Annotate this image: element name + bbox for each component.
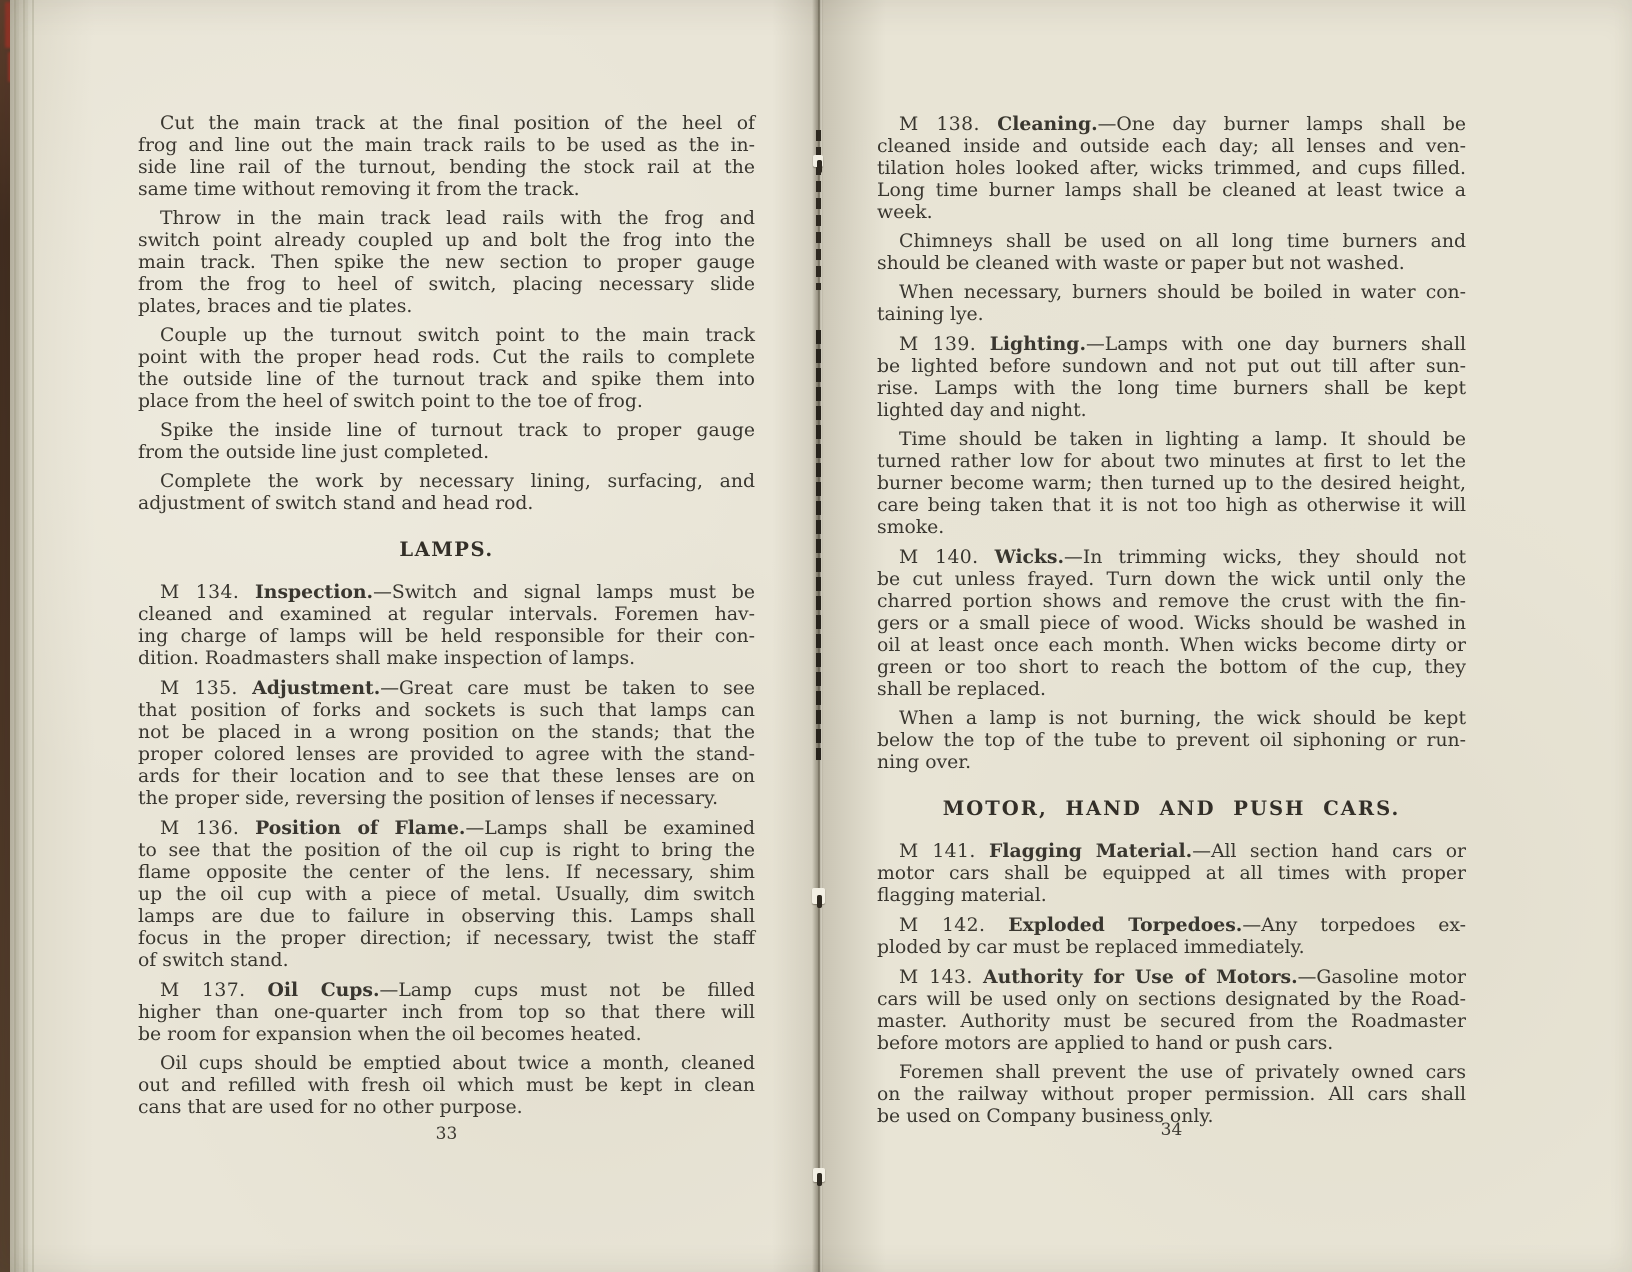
text-line: Long time burner lamps shall be cleaned …: [877, 180, 1466, 202]
text-line: place from the heel of switch point to t…: [138, 391, 755, 413]
text-line: from the frog to heel of switch, placing…: [138, 274, 755, 296]
paragraph: Cut the main track at the final position…: [138, 113, 755, 201]
text-line: not be placed in a wrong position on the…: [138, 722, 755, 744]
text-line: When a lamp is not burning, the wick sho…: [877, 708, 1466, 730]
text-line: frog and line out the main track rails t…: [138, 135, 755, 157]
rule-number: M 135.: [160, 678, 238, 699]
text-line: burner become warm; then turned up to th…: [877, 473, 1466, 495]
rule-title: Lighting.: [990, 333, 1086, 355]
paragraph: When a lamp is not burning, the wick sho…: [877, 708, 1466, 774]
text-line: Couple up the turnout switch point to th…: [138, 325, 755, 347]
text-line: of switch stand.: [138, 950, 755, 972]
paragraph: When necessary, burners should be boiled…: [877, 282, 1466, 326]
text-line: ing charge of lamps will be held respons…: [138, 626, 755, 648]
rule-paragraph: M 139. Lighting.—Lamps with one day burn…: [877, 333, 1466, 422]
text-line: week.: [877, 202, 1466, 224]
text-line: ploded by car must be replaced immediate…: [877, 937, 1466, 959]
rule-number: M 143.: [899, 967, 973, 988]
rule-title: Flagging Material.: [989, 840, 1192, 862]
page-number-right: 34: [877, 1120, 1466, 1140]
text-line: ning over.: [877, 752, 1466, 774]
text-line: below the top of the tube to prevent oil…: [877, 730, 1466, 752]
text-line: Oil cups should be emptied about twice a…: [138, 1053, 755, 1075]
text-line: switch point already coupled up and bolt…: [138, 230, 755, 252]
text-line: on the railway without proper permission…: [877, 1084, 1466, 1106]
text-line: ards for their location and to see that …: [138, 766, 755, 788]
gutter-stitching: [816, 330, 821, 760]
text-line: taining lye.: [877, 304, 1466, 326]
rule-paragraph: M 141. Flagging Material.—All section ha…: [877, 840, 1466, 907]
rule-paragraph: M 140. Wicks.—In trimming wicks, they sh…: [877, 546, 1466, 701]
rule-lead-text: —All section hand cars or: [1192, 841, 1466, 862]
rule-lead-text: —Gasoline motor: [1298, 967, 1466, 988]
text-line: gers or a small piece of wood. Wicks sho…: [877, 613, 1466, 635]
rule-lead-text: —Lamps with one day burners shall: [1086, 334, 1466, 355]
text-line: be cut unless frayed. Turn down the wick…: [877, 569, 1466, 591]
rule-title: Exploded Torpedoes.: [1008, 914, 1242, 936]
text-line: the proper side, reversing the position …: [138, 788, 755, 810]
rule-number: M 134.: [160, 582, 239, 603]
text-line: higher than one-quarter inch from top so…: [138, 1002, 755, 1024]
text-line: same time without removing it from the t…: [138, 179, 755, 201]
paragraph: Complete the work by necessary lining, s…: [138, 471, 755, 515]
rule-lead-text: —Lamps shall be examined: [465, 818, 755, 839]
text-line: to see that the position of the oil cup …: [138, 840, 755, 862]
text-line: turned rather low for about two minutes …: [877, 451, 1466, 473]
rule-title: Cleaning.: [997, 113, 1097, 135]
rule-title: Adjustment.: [252, 677, 380, 699]
text-line: before motors are applied to hand or pus…: [877, 1033, 1466, 1055]
page-edge-stack: [10, 0, 34, 1272]
rule-paragraph: M 143. Authority for Use of Motors.—Gaso…: [877, 966, 1466, 1055]
paragraph: Chimneys shall be used on all long time …: [877, 231, 1466, 275]
rule-paragraph: M 135. Adjustment.—Great care must be ta…: [138, 677, 755, 810]
text-line: shall be replaced.: [877, 679, 1466, 701]
text-line: master. Authority must be secured from t…: [877, 1011, 1466, 1033]
rule-number: M 136.: [160, 818, 239, 839]
text-line: be room for expansion when the oil becom…: [138, 1024, 755, 1046]
text-line: focus in the proper direction; if necess…: [138, 928, 755, 950]
rule-lead-text: —In trimming wicks, they should not: [1064, 547, 1466, 568]
paragraph: Couple up the turnout switch point to th…: [138, 325, 755, 413]
rule-paragraph: M 136. Position of Flame.—Lamps shall be…: [138, 817, 755, 972]
text-line: point with the proper head rods. Cut the…: [138, 347, 755, 369]
text-line: oil at least once each month. When wicks…: [877, 635, 1466, 657]
rule-paragraph: M 137. Oil Cups.—Lamp cups must not be f…: [138, 979, 755, 1046]
rule-paragraph: M 142. Exploded Torpedoes.—Any torpedoes…: [877, 914, 1466, 959]
text-line: cans that are used for no other purpose.: [138, 1097, 755, 1119]
gutter-stitch-dot: [817, 1173, 822, 1186]
text-line: cleaned and examined at regular interval…: [138, 604, 755, 626]
text-line: Time should be taken in lighting a lamp.…: [877, 429, 1466, 451]
rule-lead-text: —Great care must be taken to see: [380, 678, 755, 699]
text-line: lighted day and night.: [877, 400, 1466, 422]
text-line: main track. Then spike the new section t…: [138, 252, 755, 274]
rule-number: M 141.: [899, 841, 976, 862]
paragraph: Time should be taken in lighting a lamp.…: [877, 429, 1466, 539]
text-line: Foremen shall prevent the use of private…: [877, 1062, 1466, 1084]
text-line: flame opposite the center of the lens. I…: [138, 862, 755, 884]
text-line: smoke.: [877, 517, 1466, 539]
rule-paragraph: M 138. Cleaning.—One day burner lamps sh…: [877, 113, 1466, 224]
paragraph: Spike the inside line of turnout track t…: [138, 420, 755, 464]
rule-title: Position of Flame.: [255, 817, 465, 839]
text-line: charred portion shows and remove the cru…: [877, 591, 1466, 613]
rule-number: M 140.: [899, 547, 979, 568]
text-line: from the outside line just completed.: [138, 442, 755, 464]
paragraph: Foremen shall prevent the use of private…: [877, 1062, 1466, 1128]
text-line: care being taken that it is not too high…: [877, 495, 1466, 517]
text-line: adjustment of switch stand and head rod.: [138, 493, 755, 515]
rule-paragraph: M 134. Inspection.—Switch and signal lam…: [138, 581, 755, 670]
page-number-left: 33: [138, 1124, 755, 1144]
rule-lead-text: —Any torpedoes ex-: [1242, 915, 1466, 936]
text-line: Cut the main track at the final position…: [138, 113, 755, 135]
text-line: tilation holes looked after, wicks trimm…: [877, 158, 1466, 180]
gutter-stitch-dot: [817, 160, 822, 173]
text-line: Throw in the main track lead rails with …: [138, 208, 755, 230]
section-heading: LAMPS.: [138, 539, 755, 561]
paragraph: Oil cups should be emptied about twice a…: [138, 1053, 755, 1119]
rule-title: Wicks.: [995, 546, 1064, 568]
text-line: Complete the work by necessary lining, s…: [138, 471, 755, 493]
text-line: plates, braces and tie plates.: [138, 296, 755, 318]
section-heading: MOTOR, HAND AND PUSH CARS.: [877, 798, 1466, 820]
rule-title: Inspection.: [255, 581, 373, 603]
rule-number: M 137.: [160, 980, 245, 1001]
text-line: flagging material.: [877, 885, 1466, 907]
text-line: dition. Roadmasters shall make inspectio…: [138, 648, 755, 670]
rule-number: M 138.: [899, 114, 980, 135]
text-line: up the oil cup with a piece of metal. Us…: [138, 884, 755, 906]
gutter-stitching: [816, 130, 821, 290]
text-line: that position of forks and sockets is su…: [138, 700, 755, 722]
text-line: rise. Lamps with the long time burners s…: [877, 378, 1466, 400]
text-line: side line rail of the turnout, bending t…: [138, 157, 755, 179]
book-cover-edge: [0, 0, 10, 1272]
rule-lead-text: —Lamp cups must not be filled: [380, 980, 755, 1001]
text-line: Spike the inside line of turnout track t…: [138, 420, 755, 442]
text-line: Chimneys shall be used on all long time …: [877, 231, 1466, 253]
rule-title: Authority for Use of Motors.: [983, 966, 1298, 988]
gutter-stitch-dot: [817, 895, 822, 908]
text-line: lamps are due to failure in observing th…: [138, 906, 755, 928]
rule-lead-text: —One day burner lamps shall be: [1098, 114, 1466, 135]
right-page-text-column: M 138. Cleaning.—One day burner lamps sh…: [877, 113, 1466, 1135]
text-line: should be cleaned with waste or paper bu…: [877, 253, 1466, 275]
text-line: cleaned inside and outside each day; all…: [877, 136, 1466, 158]
text-line: be lighted before sundown and not put ou…: [877, 356, 1466, 378]
text-line: When necessary, burners should be boiled…: [877, 282, 1466, 304]
text-line: green or too short to reach the bottom o…: [877, 657, 1466, 679]
book-scan: Cut the main track at the final position…: [0, 0, 1632, 1272]
paragraph: Throw in the main track lead rails with …: [138, 208, 755, 318]
rule-number: M 139.: [899, 334, 976, 355]
text-line: motor cars shall be equipped at all time…: [877, 863, 1466, 885]
text-line: out and refilled with fresh oil which mu…: [138, 1075, 755, 1097]
rule-title: Oil Cups.: [267, 979, 379, 1001]
text-line: cars will be used only on sections desig…: [877, 989, 1466, 1011]
rule-number: M 142.: [899, 915, 985, 936]
text-line: proper colored lenses are provided to ag…: [138, 744, 755, 766]
left-page-text-column: Cut the main track at the final position…: [138, 113, 755, 1126]
rule-lead-text: —Switch and signal lamps must be: [373, 582, 755, 603]
text-line: the outside line of the turnout track an…: [138, 369, 755, 391]
